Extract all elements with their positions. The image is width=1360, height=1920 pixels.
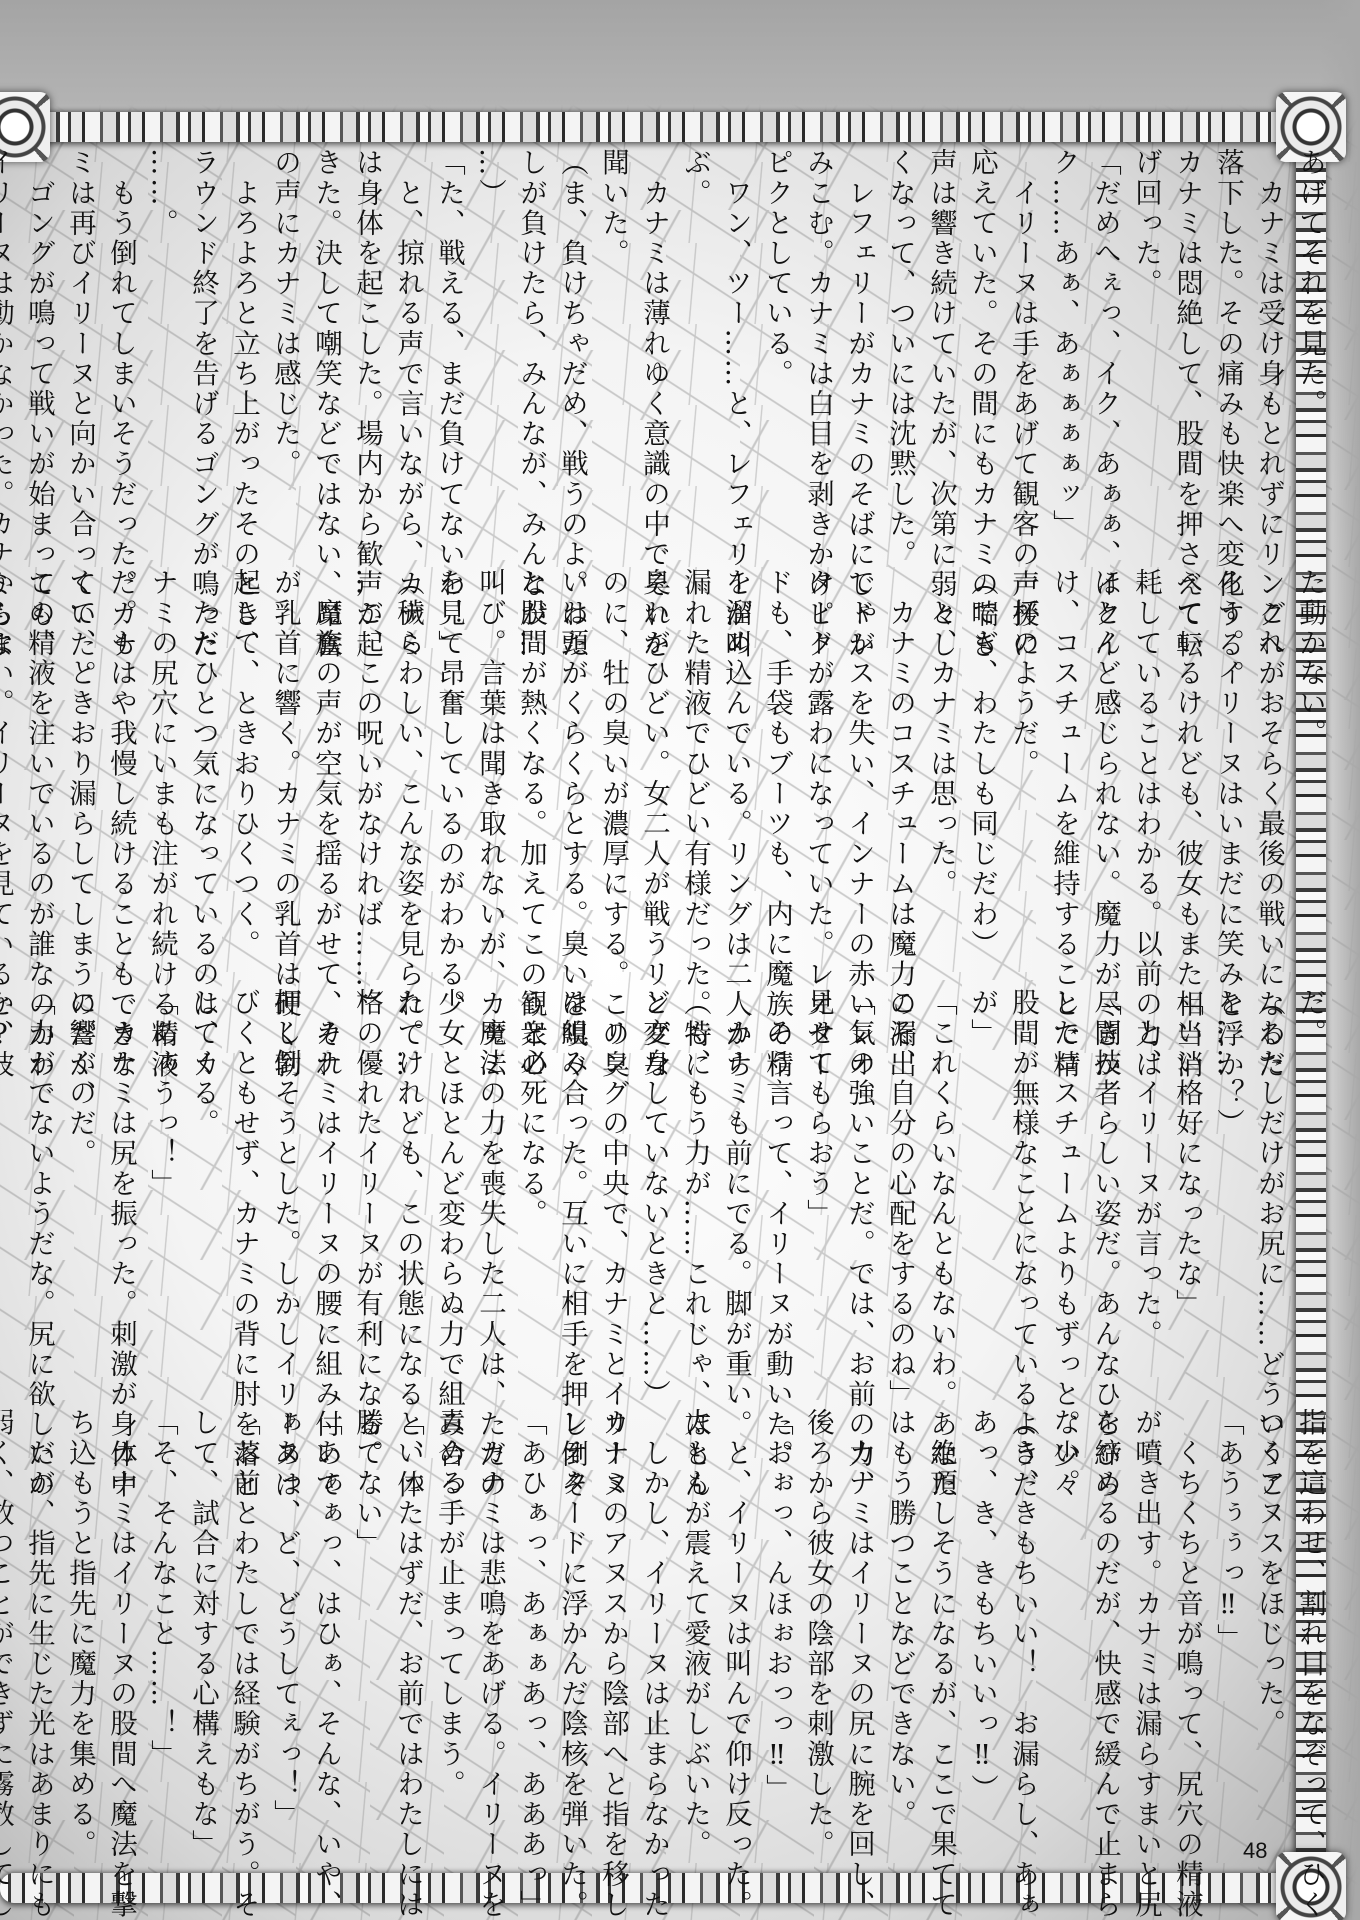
text-column: 絶頂しそうになるが、ここで果てて xyxy=(920,1408,961,1820)
text-column: ど変身していないときと……） xyxy=(633,988,674,1400)
text-column: はもう勝つことなどできない。 xyxy=(879,1408,920,1820)
text-column: カナミは悲鳴をあげる。イリーヌを xyxy=(469,1408,510,1820)
text-column: しかし、イリーヌは止まらなかった。 xyxy=(633,1408,674,1820)
text-column: カナミは受け身もとれずにリングへ xyxy=(1248,148,1289,560)
text-column: ク……あぁ、あぁぁぁぁッ」 xyxy=(1043,148,1084,560)
text-column: カナミはイリーヌの股間へ魔法を撃 xyxy=(100,1408,141,1820)
text-column: 「そ、そんなこと……！」 xyxy=(141,1408,182,1820)
text-column: の声にカナミは感じた。 xyxy=(264,148,305,560)
text-column: 少女とほとんど変わらぬ力で組み合っ xyxy=(428,988,469,1400)
text-tier-4: 指を這わせ、割れ目をなぞって、ひくつくアヌスをほじった。「あうぅぅっ‼」 くちく… xyxy=(170,1400,1330,1820)
text-column: からない。イリーヌを見ていると、彼 xyxy=(0,568,18,980)
text-column: カナミは薄れゆく意識の中でそれを xyxy=(633,148,674,560)
text-column: ミは再びイリーヌと向かい合っていた。 xyxy=(59,148,100,560)
text-column: 「だめへぇっ、イク、あぁぁ、イクイ xyxy=(1084,148,1125,560)
text-column: と、カナミは思った。 xyxy=(920,568,961,980)
text-column: イリーヌは動かなかった。カナミもま xyxy=(0,148,18,560)
text-column: （わたしだけがお尻に……どういうこ xyxy=(1248,988,1289,1400)
text-column: 魔法の力を喪失した二人は、ただの xyxy=(469,988,510,1400)
text-column: …こ、この呪いがなければ……） xyxy=(346,568,387,980)
text-column: ただひとつ気になっているのは、カ xyxy=(182,568,223,980)
text-column: タードが露わになっていた。レオター xyxy=(797,568,838,980)
text-column: カナミは尻を振った。刺激が身体中 xyxy=(100,988,141,1400)
text-column: （ま、負けちゃだめ、戦うのよ。わた xyxy=(551,148,592,560)
text-column: してくる。 xyxy=(182,988,223,1400)
text-column: 「あうぅぅっ‼」 xyxy=(1207,1408,1248,1820)
text-column: 聞いた。 xyxy=(592,148,633,560)
text-column: （でも、わたしも同じだわ） xyxy=(961,568,1002,980)
text-column: ワン、ツー……と、レフェリーが叫 xyxy=(715,148,756,560)
text-tier-2: た動かない。 これがおそらく最後の戦いになるだろう。イリーヌはいまだに笑みを浮か… xyxy=(170,560,1330,980)
text-column: を溜め込んでいる。リングは二人から xyxy=(715,568,756,980)
text-column: 「おぉっ、んほぉおっっ‼」 xyxy=(756,1408,797,1820)
text-column: そう言って、イリーヌが動いた。 xyxy=(756,988,797,1400)
text-column: 臭いがひどい。女二人が戦うリングな xyxy=(633,568,674,980)
text-column: 責める手が止まってしまう。 xyxy=(428,1408,469,1820)
text-column: 見せてもらおう」 xyxy=(797,988,838,1400)
text-column: に響くのだ。 xyxy=(59,988,100,1400)
novel-body: あげてそれを見た。 カナミは受け身もとれずにリングへ落下した。その痛みも快楽へ変… xyxy=(170,140,1330,1820)
text-column: 押し倒そうとした。しかしイリーヌは xyxy=(264,988,305,1400)
text-column: 股間が無様なことになっているようだ xyxy=(1002,988,1043,1400)
text-column: ほとんど感じられない。魔力が尽きか xyxy=(1084,568,1125,980)
text-column: ろう。イリーヌはいまだに笑みを浮か xyxy=(1207,568,1248,980)
text-tier-1: あげてそれを見た。 カナミは受け身もとれずにリングへ落下した。その痛みも快楽へ変… xyxy=(170,140,1330,560)
text-column: 漏れた精液でひどい有様だった。特に xyxy=(674,568,715,980)
text-column: 後ろから彼女の陰部を刺激した。 xyxy=(797,1408,838,1820)
text-column: は組み合った。互いに相手を押し倒そ xyxy=(551,988,592,1400)
text-column: レフェリーがカナミのそばにしゃが xyxy=(838,148,879,560)
text-column: 声は響き続けていたが、次第に弱々し xyxy=(920,148,961,560)
text-column: （も、もう力が……これじゃ、ほとん xyxy=(674,988,715,1400)
top-gray-band xyxy=(0,0,1360,130)
text-column: あげてそれを見た。 xyxy=(1289,148,1330,560)
text-column: 「いったはずだ、お前ではわたしには xyxy=(387,1408,428,1820)
text-column: ぶ。 xyxy=(674,148,715,560)
text-column: ……。 xyxy=(141,148,182,560)
text-column: こそ、自分の心配をするのね」 xyxy=(879,988,920,1400)
text-column: 「た、戦える、まだ負けてないわ！」 xyxy=(428,148,469,560)
text-column: （穢らわしい、こんな姿を見られて… xyxy=(387,568,428,980)
text-column: 太ももが震えて愛液がしぶいた。 xyxy=(674,1408,715,1820)
text-column: この精液を注いでいるのが誰なのかわ xyxy=(18,568,59,980)
text-column: 叫び。言葉は聞き取れないが、カナミ xyxy=(469,568,510,980)
text-column: 「お前とわたしでは経験がちがう。そ xyxy=(223,1408,264,1820)
text-column: だ。もはや我慢し続けることもできな xyxy=(100,568,141,980)
text-column: くなって、ついには沈黙した。 xyxy=(879,148,920,560)
text-column: これがおそらく最後の戦いになるだ xyxy=(1248,568,1289,980)
text-column: 「あひぁっ、あぁぁあっ、あああっ」 xyxy=(510,1408,551,1820)
text-column: くて、ときおり漏らしてしまうのだが、 xyxy=(59,568,100,980)
text-column: 「闘技者らしい姿だ。あんなひらひら xyxy=(1084,988,1125,1400)
text-column: 応えていた。その間にもカナミの喘ぎ xyxy=(961,148,1002,560)
text-column: しが負けたら、みんなが、みんなが… xyxy=(510,148,551,560)
text-column: と股間が熱くなる。加えてこの観衆の xyxy=(510,568,551,980)
text-column: ぁあっ、ど、どうしてぇっ！」 xyxy=(264,1408,305,1820)
text-column: ラウンド終了を告げるゴングが鳴った xyxy=(182,148,223,560)
text-column: ドも、手袋もブーツも、内に魔族の精 xyxy=(756,568,797,980)
text-column: でドレスを失い、インナーの赤いレオ xyxy=(838,568,879,980)
text-column: カナミのアヌスから陰部へと指を移し、 xyxy=(592,1408,633,1820)
text-column: リングの中央で、カナミとイリーヌ xyxy=(592,988,633,1400)
text-column: 「あぁうっ！」 xyxy=(141,988,182,1400)
text-column: イリーヌは手をあげて観客の声援に xyxy=(1002,148,1043,560)
text-column: か⁉」 xyxy=(0,988,18,1400)
text-column: は身体を起こした。場内から歓声が起 xyxy=(346,148,387,560)
text-column: ない。 xyxy=(1043,1408,1084,1820)
text-column: 「気の強いことだ。では、お前の力、 xyxy=(838,988,879,1400)
text-column: 「これくらいなんともないわ。あなた xyxy=(920,988,961,1400)
text-column: ナミの尻穴にいまも注がれ続ける精液 xyxy=(141,568,182,980)
text-column: 起して、ときおりひくつく。 xyxy=(223,568,264,980)
page-number: 48 xyxy=(1243,1838,1267,1864)
text-column: た動かない。 xyxy=(1289,568,1330,980)
text-column: もう倒れてしまいそうだった。カナ xyxy=(100,148,141,560)
text-column: と、イリーヌは叫んで仰け反った。 xyxy=(715,1408,756,1820)
text-column: が噴き出す。カナミは漏らすまいと尻 xyxy=(1125,1408,1166,1820)
text-column: ち込もうと指先に魔力を集める。 xyxy=(59,1408,100,1820)
text-column: 勝てない」 xyxy=(346,1408,387,1820)
text-column: 耗していることはわかる。以前の力は xyxy=(1125,568,1166,980)
text-column: したコスチュームよりもずっと。少々 xyxy=(1043,988,1084,1400)
text-column: つくアヌスをほじった。 xyxy=(1248,1408,1289,1820)
text-column: と……？） xyxy=(1207,988,1248,1400)
text-column: カナミは悶絶して、股間を押さえて転 xyxy=(1166,148,1207,560)
text-column: が乳首に響く。カナミの乳首は硬く勃 xyxy=(264,568,305,980)
text-column: カナミはイリーヌの尻に腕を回し、 xyxy=(838,1408,879,1820)
text-column: ピクとしている。 xyxy=(756,148,797,560)
text-column: びくともせず、カナミの背に肘を落と xyxy=(223,988,264,1400)
text-column: げ回った。 xyxy=(1125,148,1166,560)
text-column: 魔族の声が空気を揺るがせて、それ xyxy=(305,568,346,980)
text-column: レオタードに浮かんだ陰核を弾いた。 xyxy=(551,1408,592,1820)
text-column: カナミも前にでる。脚が重い。 xyxy=(715,988,756,1400)
text-column: 「いい格好になったな」 xyxy=(1166,988,1207,1400)
text-column: 弱く、放つことができずに霧散してし xyxy=(0,1408,18,1820)
text-column: と、イリーヌが言った。 xyxy=(1125,988,1166,1400)
text-column: 指を這わせ、割れ目をなぞって、ひく xyxy=(1289,1408,1330,1820)
text-column: あっ、き、きもちいいっ‼） xyxy=(961,1408,1002,1820)
text-column: だが、指先に生じた光はあまりにも xyxy=(18,1408,59,1820)
ornamental-border-top xyxy=(0,112,1330,142)
text-column: いは頭がくらくらとする。臭いを嗅ぐ xyxy=(551,568,592,980)
text-column: た。けれども、この状態になると、体 xyxy=(387,988,428,1400)
text-column: うと必死になる。 xyxy=(510,988,551,1400)
text-column: ゴングが鳴って戦いが始まっても、 xyxy=(18,148,59,560)
text-column: カナミはイリーヌの腰に組み付いて xyxy=(305,988,346,1400)
text-column: け、コスチュームを維持することで精 xyxy=(1043,568,1084,980)
text-column: 「あぁぁっ、はひぁ、そんな、いや、あ xyxy=(305,1408,346,1820)
text-column: 落下した。その痛みも快楽へ変化する。 xyxy=(1207,148,1248,560)
text-column: が」 xyxy=(961,988,1002,1400)
text-column: （き、きもちいい！ お漏らし、あぁ xyxy=(1002,1408,1043,1820)
text-column: のに、牡の臭いが濃厚にする。この臭 xyxy=(592,568,633,980)
text-column: みこむ。カナミは白目を剥きかけピク xyxy=(797,148,838,560)
text-column: 格の優れたイリーヌが有利になる。 xyxy=(346,988,387,1400)
text-tier-3: だ。（わたしだけがお尻に……どういうこと……？）「いい格好になったな」 と、イリ… xyxy=(170,980,1330,1400)
text-column: を見て昂奮しているのがわかる。 xyxy=(428,568,469,980)
text-column: きた。決して嘲笑などではない、昂奮 xyxy=(305,148,346,560)
text-column: を締めるのだが、快感で緩んで止まら xyxy=(1084,1408,1125,1820)
text-column: …） xyxy=(469,148,510,560)
text-column: カナミのコスチュームは魔力の漏出 xyxy=(879,568,920,980)
text-column: べているけれども、彼女もまた相当消 xyxy=(1166,568,1207,980)
text-column: 一杯のようだ。 xyxy=(1002,568,1043,980)
text-column: だ。 xyxy=(1289,988,1330,1400)
text-column: よろよろと立ち上がったそのとき、 xyxy=(223,148,264,560)
text-column: くちくちと音が鳴って、尻穴の精液 xyxy=(1166,1408,1207,1820)
text-column: 「力がでないようだな。尻に欲しいの xyxy=(18,988,59,1400)
text-column: と、掠れる声で言いながら、カナミ xyxy=(387,148,428,560)
text-column: して、試合に対する心構えもな」 xyxy=(182,1408,223,1820)
